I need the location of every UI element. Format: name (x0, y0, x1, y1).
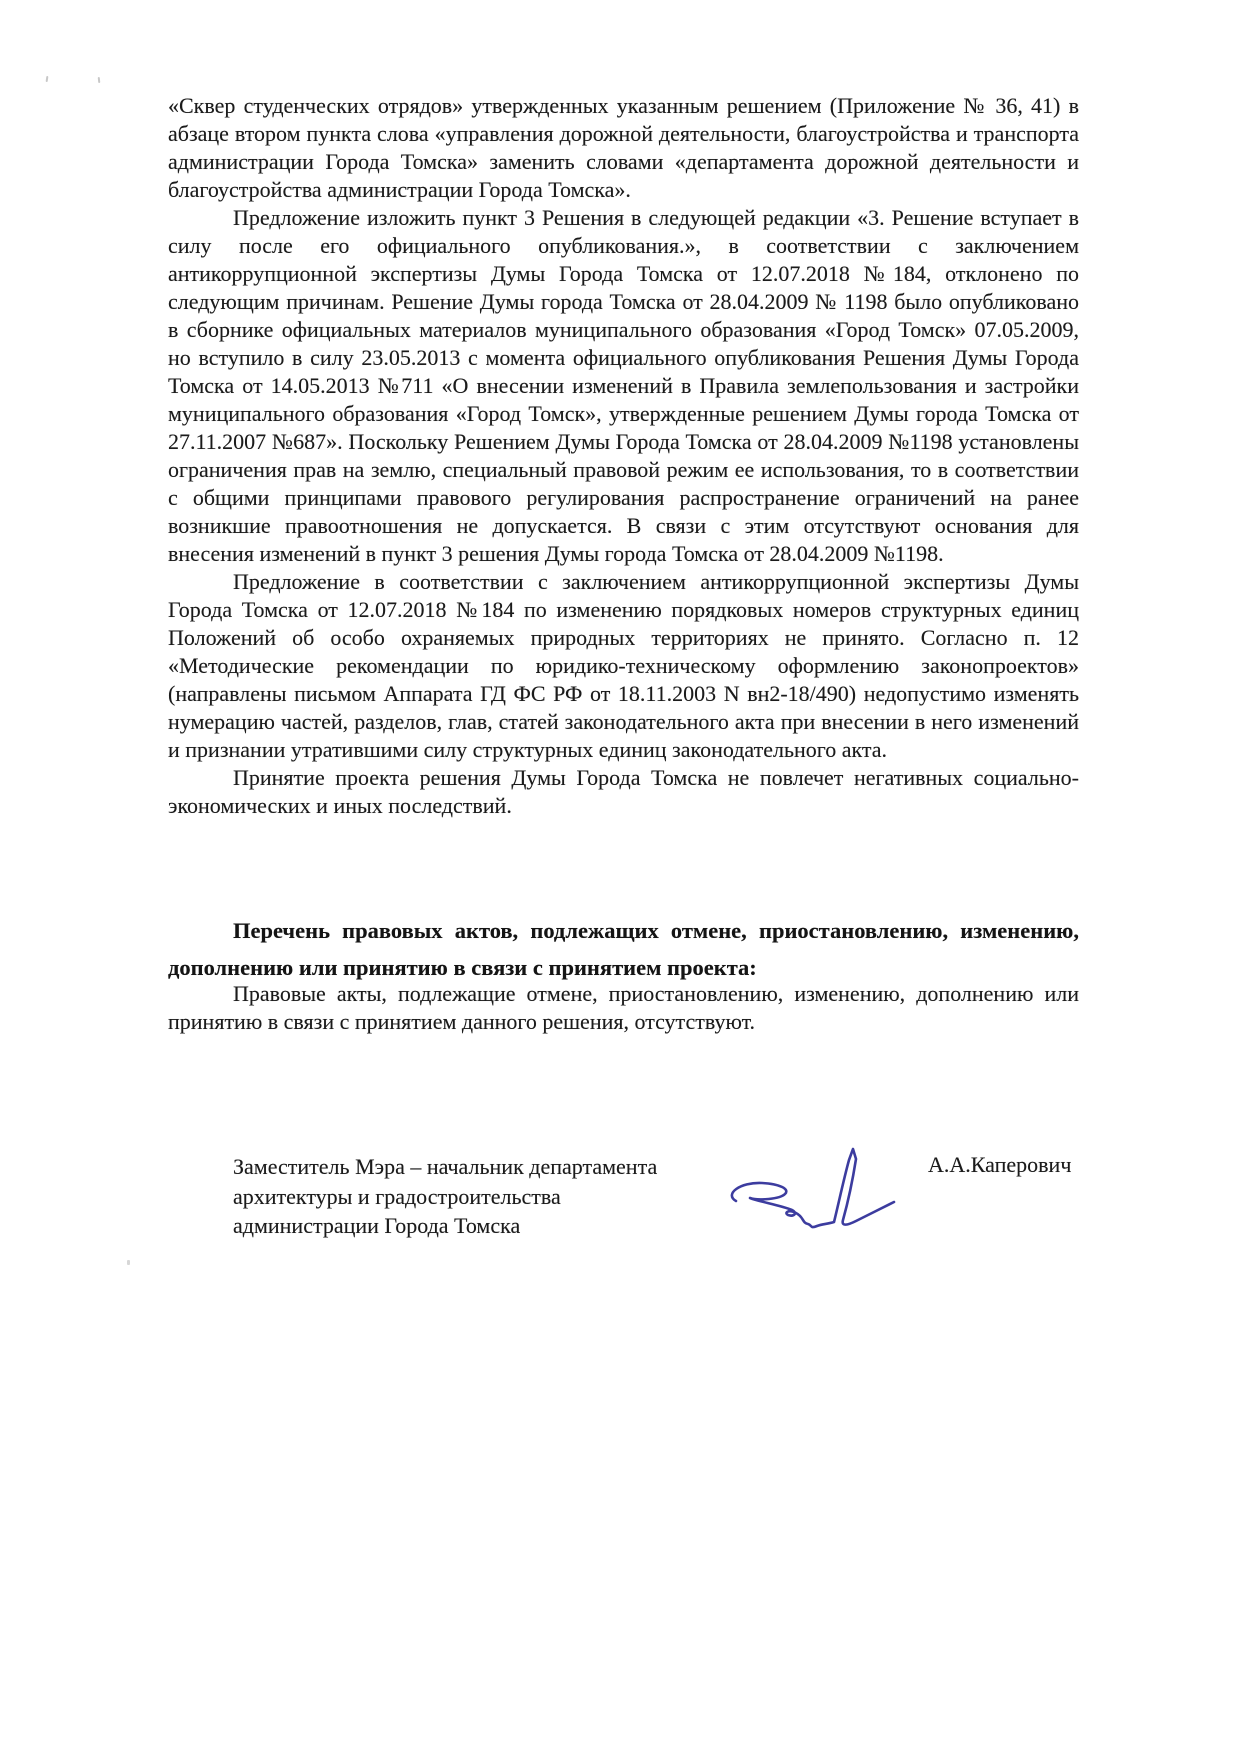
document-body: «Сквер студенческих отрядов» утвержденны… (168, 92, 1079, 820)
paragraph-no-acts: Правовые акты, подлежащие отмене, приост… (168, 980, 1079, 1036)
signatory-title-line: Заместитель Мэра – начальник департамент… (233, 1152, 713, 1182)
paragraph-continuation: «Сквер студенческих отрядов» утвержденны… (168, 92, 1079, 204)
scan-artifact-speck (46, 76, 49, 82)
paragraph-proposal-item3: Предложение изложить пункт 3 Решения в с… (168, 204, 1079, 568)
paragraph-consequences: Принятие проекта решения Думы Города Том… (168, 764, 1079, 820)
signatory-title-line: архитектуры и градостроительства (233, 1182, 713, 1212)
signatory-name: А.А.Каперович (928, 1150, 1071, 1179)
paragraph-proposal-numbering: Предложение в соответствии с заключением… (168, 568, 1079, 764)
handwritten-signature-icon (722, 1144, 907, 1244)
scanned-document-page: «Сквер студенческих отрядов» утвержденны… (0, 0, 1240, 1753)
signatory-title-line: администрации Города Томска (233, 1211, 713, 1241)
signature-stroke (732, 1149, 894, 1227)
section-heading-legal-acts-list: Перечень правовых актов, подлежащих отме… (168, 912, 1079, 986)
scan-artifact-speck (98, 77, 101, 83)
signatory-title: Заместитель Мэра – начальник департамент… (233, 1152, 713, 1241)
scan-artifact-speck (127, 1260, 130, 1265)
